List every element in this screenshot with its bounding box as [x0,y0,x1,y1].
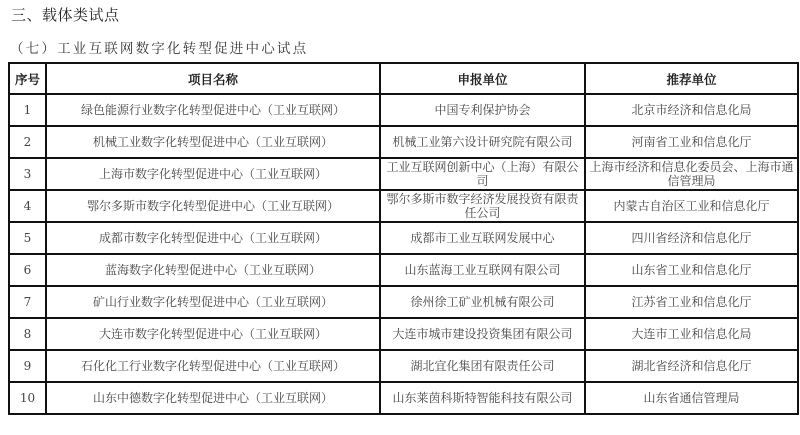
header-recommender: 推荐单位 [585,63,798,94]
cell-project-name: 石化化工行业数字化转型促进中心（工业互联网） [46,350,380,382]
cell-project-name: 鄂尔多斯市数字化转型促进中心（工业互联网） [46,190,380,222]
table-row: 3 上海市数字化转型促进中心（工业互联网） 工业互联网创新中心（上海）有限公司 … [9,158,798,190]
table-row: 8 大连市数字化转型促进中心（工业互联网） 大连市城市建设投资集团有限公司 大连… [9,318,798,350]
cell-project-name: 绿色能源行业数字化转型促进中心（工业互联网） [46,94,380,126]
cell-recommender: 大连市工业和信息化局 [585,318,798,350]
table-row: 4 鄂尔多斯市数字化转型促进中心（工业互联网） 鄂尔多斯市数字经济发展投资有限责… [9,190,798,222]
cell-index: 4 [9,190,46,222]
table-row: 10 山东中德数字化转型促进中心（工业互联网） 山东莱茵科斯特智能科技有限公司 … [9,382,798,414]
header-applicant: 申报单位 [380,63,585,94]
cell-applicant: 机械工业第六设计研究院有限公司 [380,126,585,158]
cell-index: 8 [9,318,46,350]
cell-applicant: 大连市城市建设投资集团有限公司 [380,318,585,350]
cell-index: 5 [9,222,46,254]
cell-recommender: 山东省通信管理局 [585,382,798,414]
cell-applicant: 湖北宜化集团有限责任公司 [380,350,585,382]
section-title: 三、载体类试点 [11,4,120,25]
cell-recommender: 上海市经济和信息化委员会、上海市通信管理局 [585,158,798,190]
cell-recommender: 北京市经济和信息化局 [585,94,798,126]
cell-applicant: 山东莱茵科斯特智能科技有限公司 [380,382,585,414]
cell-project-name: 矿山行业数字化转型促进中心（工业互联网） [46,286,380,318]
cell-recommender: 内蒙古自治区工业和信息化厅 [585,190,798,222]
cell-applicant: 工业互联网创新中心（上海）有限公司 [380,158,585,190]
cell-applicant: 鄂尔多斯市数字经济发展投资有限责任公司 [380,190,585,222]
cell-applicant: 成都市工业互联网发展中心 [380,222,585,254]
pilot-table: 序号 项目名称 申报单位 推荐单位 1 绿色能源行业数字化转型促进中心（工业互联… [8,62,799,415]
cell-index: 9 [9,350,46,382]
cell-recommender: 河南省工业和信息化厅 [585,126,798,158]
table-row: 5 成都市数字化转型促进中心（工业互联网） 成都市工业互联网发展中心 四川省经济… [9,222,798,254]
cell-applicant: 中国专利保护协会 [380,94,585,126]
table-row: 1 绿色能源行业数字化转型促进中心（工业互联网） 中国专利保护协会 北京市经济和… [9,94,798,126]
cell-project-name: 山东中德数字化转型促进中心（工业互联网） [46,382,380,414]
cell-index: 3 [9,158,46,190]
cell-recommender: 四川省经济和信息化厅 [585,222,798,254]
cell-recommender: 湖北省经济和信息化厅 [585,350,798,382]
cell-recommender: 山东省工业和信息化厅 [585,254,798,286]
cell-index: 2 [9,126,46,158]
cell-project-name: 蓝海数字化转型促进中心（工业互联网） [46,254,380,286]
table-row: 6 蓝海数字化转型促进中心（工业互联网） 山东蓝海工业互联网有限公司 山东省工业… [9,254,798,286]
header-project-name: 项目名称 [46,63,380,94]
cell-project-name: 上海市数字化转型促进中心（工业互联网） [46,158,380,190]
cell-project-name: 机械工业数字化转型促进中心（工业互联网） [46,126,380,158]
cell-index: 1 [9,94,46,126]
cell-applicant: 徐州徐工矿业机械有限公司 [380,286,585,318]
cell-recommender: 江苏省工业和信息化厅 [585,286,798,318]
cell-index: 7 [9,286,46,318]
sub-title: （七）工业互联网数字化转型促进中心试点 [10,37,308,57]
table-row: 2 机械工业数字化转型促进中心（工业互联网） 机械工业第六设计研究院有限公司 河… [9,126,798,158]
header-index: 序号 [9,63,46,94]
cell-project-name: 成都市数字化转型促进中心（工业互联网） [46,222,380,254]
cell-applicant: 山东蓝海工业互联网有限公司 [380,254,585,286]
cell-index: 10 [9,382,46,414]
cell-project-name: 大连市数字化转型促进中心（工业互联网） [46,318,380,350]
table-header-row: 序号 项目名称 申报单位 推荐单位 [9,63,798,94]
table-row: 7 矿山行业数字化转型促进中心（工业互联网） 徐州徐工矿业机械有限公司 江苏省工… [9,286,798,318]
table-row: 9 石化化工行业数字化转型促进中心（工业互联网） 湖北宜化集团有限责任公司 湖北… [9,350,798,382]
cell-index: 6 [9,254,46,286]
